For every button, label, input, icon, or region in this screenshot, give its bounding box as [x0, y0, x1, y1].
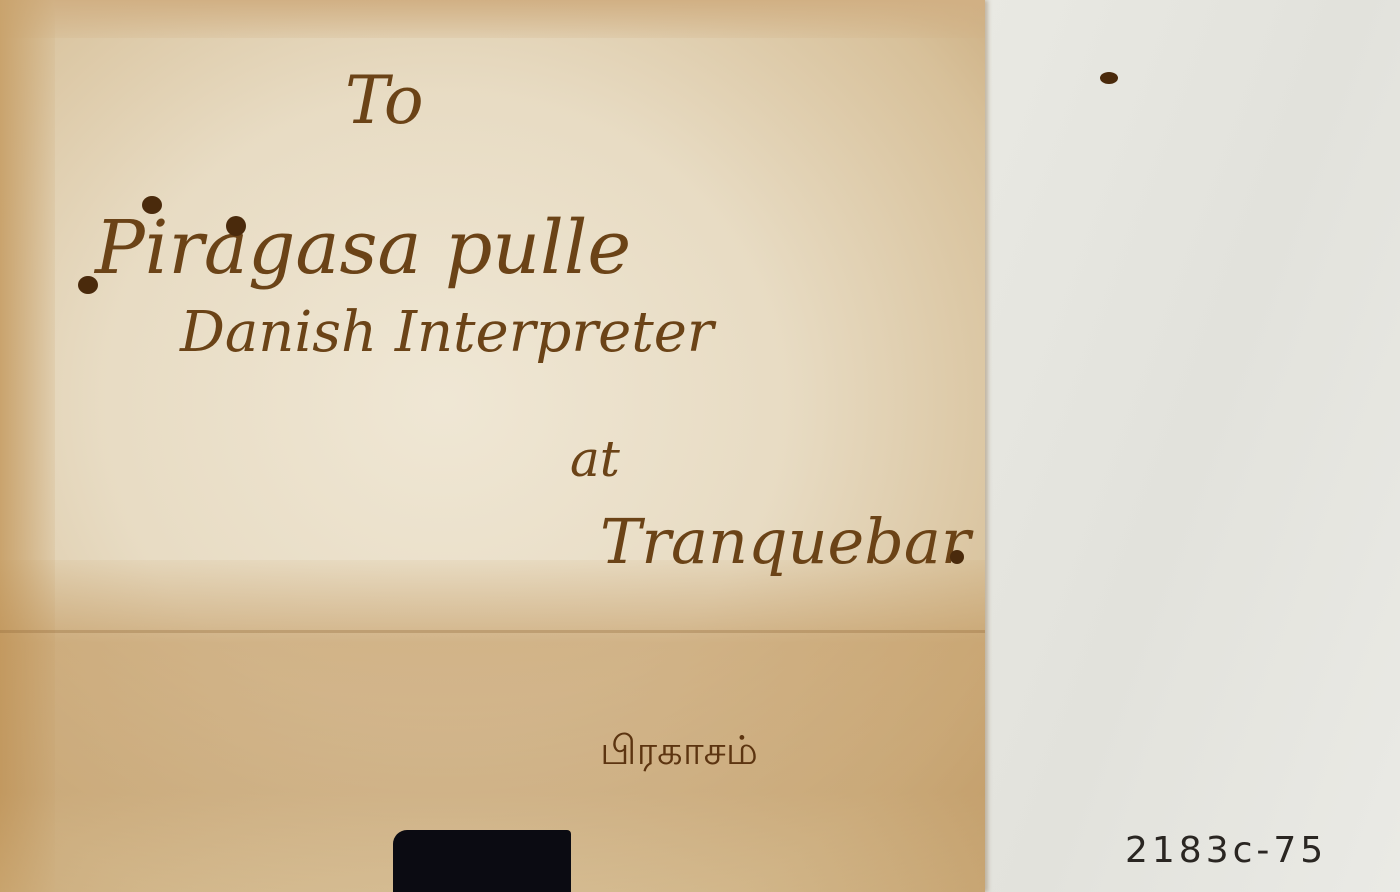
ink-blot	[142, 196, 162, 214]
ink-blot	[226, 216, 246, 236]
stained-top-edge	[0, 0, 985, 38]
torn-hole	[393, 830, 571, 892]
address-line-recipient: Piragasa pulle	[95, 205, 631, 291]
address-line-place: Tranquebar	[600, 505, 971, 578]
letter-address-panel: To Piragasa pulle Danish Interpreter at …	[0, 0, 985, 892]
letter-photograph: To Piragasa pulle Danish Interpreter at …	[0, 0, 1400, 892]
ink-blot	[78, 276, 98, 294]
ink-blot	[950, 550, 964, 564]
address-line-to: To	[345, 62, 424, 139]
catalog-number: 2183c-75	[1125, 830, 1327, 871]
address-line-at: at	[570, 430, 620, 488]
tamil-script-note: பிரகாசம்	[600, 728, 758, 779]
adjacent-paper-sheet	[985, 0, 1400, 892]
address-line-title: Danish Interpreter	[180, 300, 714, 365]
fold-line	[0, 630, 985, 633]
ink-spot	[1100, 72, 1118, 84]
